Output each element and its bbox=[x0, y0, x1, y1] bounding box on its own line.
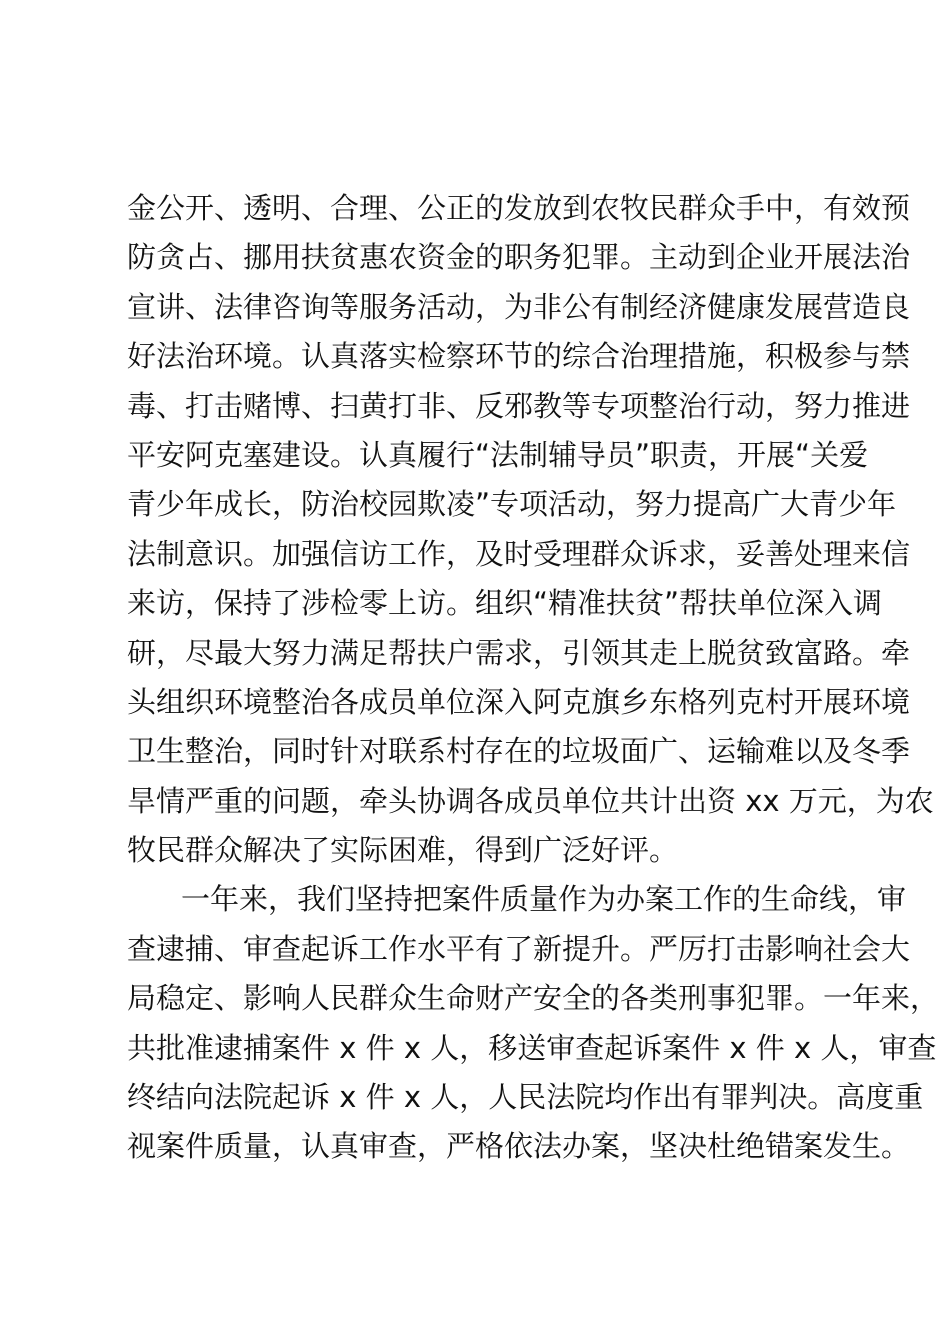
text-line: 防贪占、挪用扶贫惠农资金的职务犯罪。主动到企业开展法治 bbox=[127, 233, 833, 282]
text-line: 牧民群众解决了实际困难，得到广泛好评。 bbox=[127, 826, 833, 875]
text-line: 宣讲、法律咨询等服务活动，为非公有制经济健康发展营造良 bbox=[127, 283, 833, 332]
body-text: 金公开、透明、合理、公正的发放到农牧民群众手中，有效预 防贪占、挪用扶贫惠农资金… bbox=[127, 184, 837, 1172]
text-line: 青少年成长，防治校园欺凌”专项活动，努力提高广大青少年 bbox=[127, 480, 833, 529]
text-line: 终结向法院起诉 x 件 x 人，人民法院均作出有罪判决。高度重 bbox=[127, 1073, 833, 1122]
text-line: 研，尽最大努力满足帮扶户需求，引领其走上脱贫致富路。牵 bbox=[127, 629, 833, 678]
text-line: 视案件质量，认真审查，严格依法办案，坚决杜绝错案发生。 bbox=[127, 1122, 833, 1171]
text-line-indented: 一年来，我们坚持把案件质量作为办案工作的生命线，审 bbox=[127, 875, 833, 924]
text-line: 旱情严重的问题，牵头协调各成员单位共计出资 xx 万元，为农 bbox=[127, 777, 833, 826]
text-line: 金公开、透明、合理、公正的发放到农牧民群众手中，有效预 bbox=[127, 184, 833, 233]
text-line: 法制意识。加强信访工作，及时受理群众诉求，妥善处理来信 bbox=[127, 530, 833, 579]
text-line: 查逮捕、审查起诉工作水平有了新提升。严厉打击影响社会大 bbox=[127, 925, 833, 974]
text-line: 毒、打击赌博、扫黄打非、反邪教等专项整治行动，努力推进 bbox=[127, 382, 833, 431]
text-line: 卫生整治，同时针对联系村存在的垃圾面广、运输难以及冬季 bbox=[127, 727, 833, 776]
text-line: 共批准逮捕案件 x 件 x 人，移送审查起诉案件 x 件 x 人，审查 bbox=[127, 1024, 833, 1073]
text-line: 头组织环境整治各成员单位深入阿克旗乡东格列克村开展环境 bbox=[127, 678, 833, 727]
document-page: 金公开、透明、合理、公正的发放到农牧民群众手中，有效预 防贪占、挪用扶贫惠农资金… bbox=[0, 0, 950, 1344]
text-line: 来访，保持了涉检零上访。组织“精准扶贫”帮扶单位深入调 bbox=[127, 579, 833, 628]
text-line: 局稳定、影响人民群众生命财产安全的各类刑事犯罪。一年来， bbox=[127, 974, 833, 1023]
text-line: 好法治环境。认真落实检察环节的综合治理措施，积极参与禁 bbox=[127, 332, 833, 381]
text-line: 平安阿克塞建设。认真履行“法制辅导员”职责，开展“关爱 bbox=[127, 431, 833, 480]
